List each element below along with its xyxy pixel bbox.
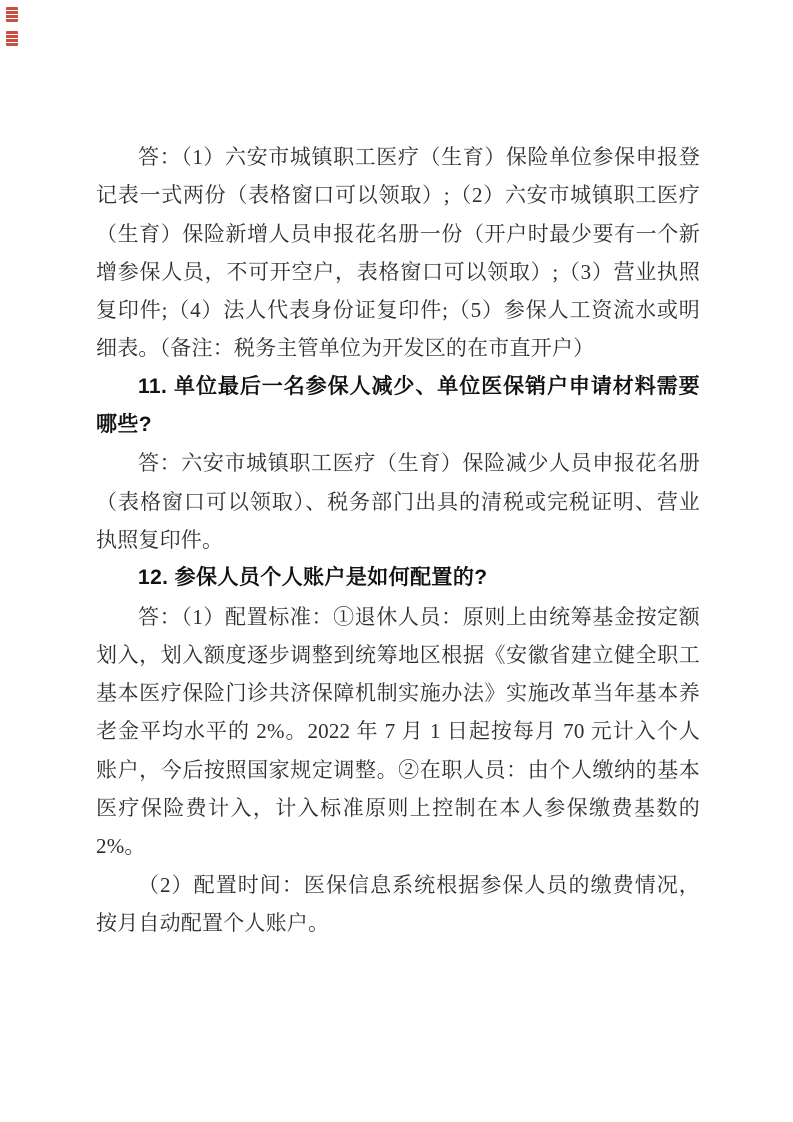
red-mark-icon	[6, 31, 18, 46]
text-line: （表格窗口可以领取）、税务部门出具的清税或完税证明、营业	[96, 483, 700, 521]
text-line: 记表一式两份（表格窗口可以领取）;（2）六安市城镇职工医疗	[96, 176, 700, 214]
document-page: 答：（1）六安市城镇职工医疗（生育）保险单位参保申报登记表一式两份（表格窗口可以…	[0, 0, 793, 1122]
text-line: 答：（1）六安市城镇职工医疗（生育）保险单位参保申报登	[96, 138, 700, 176]
text-line: 2%。	[96, 827, 700, 865]
text-line: 答：六安市城镇职工医疗（生育）保险减少人员申报花名册	[96, 444, 700, 482]
text-line: 按月自动配置个人账户。	[96, 904, 700, 942]
text-line: 老金平均水平的 2%。2022 年 7 月 1 日起按每月 70 元计入个人	[96, 712, 700, 750]
answer-paragraph: 答：（1）六安市城镇职工医疗（生育）保险单位参保申报登记表一式两份（表格窗口可以…	[96, 138, 700, 368]
text-line: 基本医疗保险门诊共济保障机制实施办法》实施改革当年基本养	[96, 674, 700, 712]
text-line: （生育）保险新增人员申报花名册一份（开户时最少要有一个新	[96, 215, 700, 253]
text-line: 执照复印件。	[96, 521, 700, 559]
text-line: 细表。（备注：税务主管单位为开发区的在市直开户）	[96, 329, 700, 367]
text-line: 11. 单位最后一名参保人减少、单位医保销户申请材料需要	[96, 368, 700, 406]
answer-paragraph: （2）配置时间：医保信息系统根据参保人员的缴费情况，按月自动配置个人账户。	[96, 866, 700, 943]
text-line: 增参保人员，不可开空户，表格窗口可以领取）;（3）营业执照	[96, 253, 700, 291]
text-line: 答：（1）配置标准：①退休人员：原则上由统筹基金按定额	[96, 598, 700, 636]
document-body: 答：（1）六安市城镇职工医疗（生育）保险单位参保申报登记表一式两份（表格窗口可以…	[96, 138, 700, 942]
text-line: 划入，划入额度逐步调整到统筹地区根据《安徽省建立健全职工	[96, 636, 700, 674]
question-heading: 12. 参保人员个人账户是如何配置的?	[96, 559, 700, 597]
red-mark-icon	[6, 7, 18, 22]
answer-paragraph: 答：（1）配置标准：①退休人员：原则上由统筹基金按定额划入，划入额度逐步调整到统…	[96, 598, 700, 866]
red-corner-marks	[6, 7, 18, 46]
text-line: 12. 参保人员个人账户是如何配置的?	[96, 559, 700, 597]
question-heading: 11. 单位最后一名参保人减少、单位医保销户申请材料需要哪些?	[96, 368, 700, 445]
text-line: 账户，今后按照国家规定调整。②在职人员：由个人缴纳的基本	[96, 751, 700, 789]
text-line: 医疗保险费计入，计入标准原则上控制在本人参保缴费基数的	[96, 789, 700, 827]
text-line: 复印件;（4）法人代表身份证复印件;（5）参保人工资流水或明	[96, 291, 700, 329]
answer-paragraph: 答：六安市城镇职工医疗（生育）保险减少人员申报花名册（表格窗口可以领取）、税务部…	[96, 444, 700, 559]
text-line: 哪些?	[96, 406, 700, 444]
text-line: （2）配置时间：医保信息系统根据参保人员的缴费情况，	[96, 866, 700, 904]
